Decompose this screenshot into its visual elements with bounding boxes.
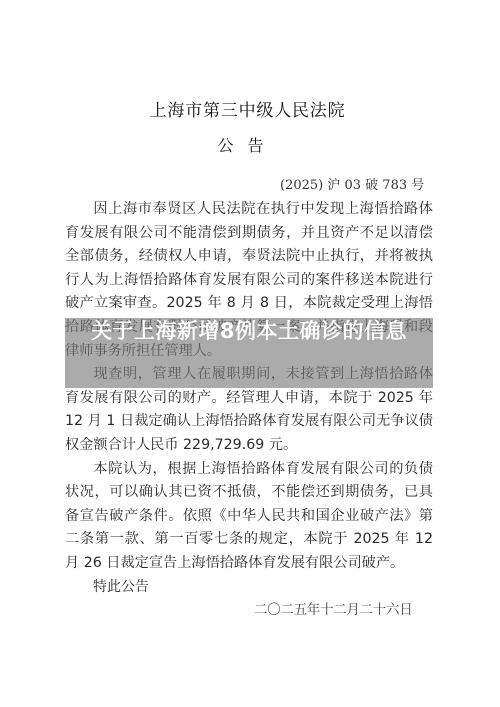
paragraph-ruling: 本院认为，根据上海悟拾路体育发展有限公司的负债状况，可以确认其已资不抵债，不能偿… — [65, 458, 433, 576]
court-name: 上海市第三中级人民法院 — [0, 96, 495, 121]
case-number: (2025) 沪 03 破 783 号 — [280, 174, 424, 193]
closing-statement: 特此公告 — [93, 576, 149, 596]
notice-title: 公告 — [0, 133, 495, 156]
headline-overlay-text[interactable]: 关于上海新增8例本土确诊的信息 — [65, 320, 433, 342]
notice-page: 上海市第三中级人民法院 公告 (2025) 沪 03 破 783 号 因上海市奉… — [0, 0, 500, 707]
notice-date: 二〇二五年十二月二十六日 — [254, 598, 412, 618]
